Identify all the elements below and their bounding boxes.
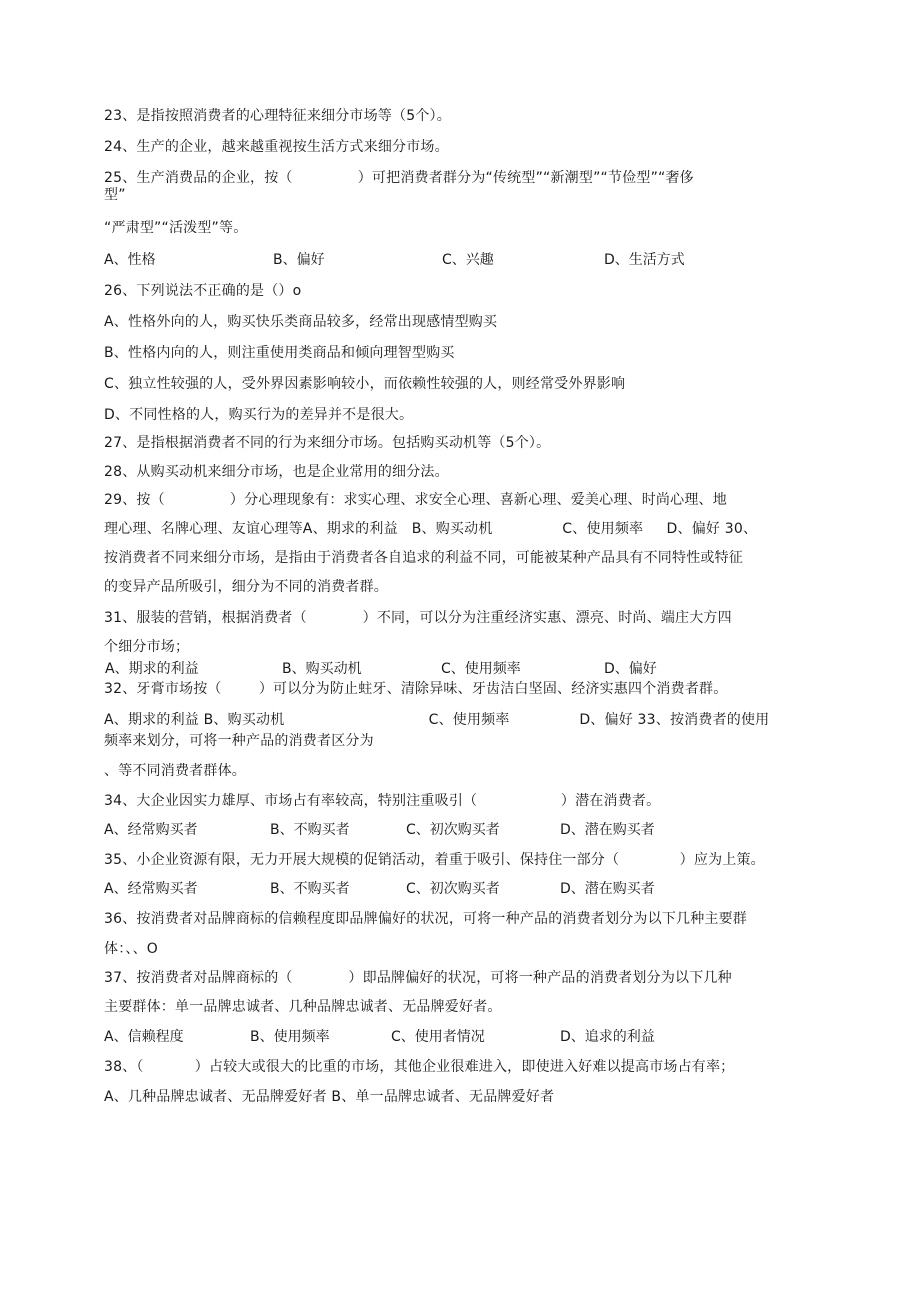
question-38: 38、（ ）占较大或很大的比重的市场，其他企业很难进入，即使进入好难以提高市场占… [104,1058,734,1076]
question-23: 23、是指按照消费者的心理特征来细分市场等（5个）。 [104,107,451,125]
question-29-line-1: 29、按（ ）分心理现象有：求实心理、求安全心理、喜新心理、爱美心理、时尚心理、… [104,491,727,509]
question-26: 26、下列说法不正确的是（）o [104,282,301,300]
q37-option-d: D、追求的利益 [560,1028,655,1046]
q37-option-c: C、使用者情况 [391,1028,485,1046]
question-25-line-3: “严肃型”“活泼型”等。 [104,219,247,237]
question-38-options: A、几种品牌忠诚者、无品牌爱好者 B、单一品牌忠诚者、无品牌爱好者 [104,1088,554,1106]
question-29-line-2: 理心理、名牌心理、友谊心理等A、期求的利益 B、购买动机 C、使用频率 D、偏好… [104,520,757,538]
question-37-line-2: 主要群体：单一品牌忠诚者、几种品牌忠诚者、无品牌爱好者。 [104,998,502,1016]
q31-option-c: C、使用频率 [441,660,521,678]
q25-option-b: B、偏好 [273,251,325,269]
question-32-options: A、期求的利益 B、购买动机 C、使用频率 D、偏好 33、按消费者的使用 [104,711,769,729]
q34-option-a: A、经常购买者 [104,821,198,839]
question-36-line-2: 体：、、O [104,940,158,958]
q31-option-b: B、购买动机 [282,660,362,678]
q37-option-a: A、信赖程度 [104,1028,184,1046]
question-32: 32、牙膏市场按（ ）可以分为防止蛀牙、清除异味、牙齿洁白坚固、经济实惠四个消费… [104,680,727,698]
question-30-line-1: 按消费者不同来细分市场，是指由于消费者各自追求的利益不同，可能被某种产品具有不同… [104,549,743,567]
q26-option-c: C、独立性较强的人，受外界因素影响较小，而依赖性较强的人，则经常受外界影响 [104,375,625,393]
q34-option-c: C、初次购买者 [406,821,500,839]
question-37-line-1: 37、按消费者对品牌商标的（ ）即品牌偏好的状况，可将一种产品的消费者划分为以下… [104,969,732,987]
question-25-line-2: 型” [104,186,126,204]
q37-option-b: B、使用频率 [250,1028,330,1046]
q26-option-d: D、不同性格的人，购买行为的差异并不是很大。 [104,406,413,424]
q25-option-d: D、生活方式 [604,251,685,269]
q26-option-b: B、性格内向的人，则注重使用类商品和倾向理智型购买 [104,344,455,362]
question-25-line-1: 25、生产消费品的企业，按（ ）可把消费者群分为“传统型”“新潮型”“节俭型”“… [104,169,694,187]
q34-option-b: B、不购买者 [270,821,350,839]
document-page: 23、是指按照消费者的心理特征来细分市场等（5个）。 24、生产的企业，越来越重… [0,0,920,1301]
question-31-line-1: 31、服装的营销，根据消费者（ ）不同，可以分为注重经济实惠、漂亮、时尚、端庄大… [104,609,732,627]
q35-option-d: D、潜在购买者 [560,880,655,898]
q25-option-c: C、兴趣 [442,251,494,269]
question-36-line-1: 36、按消费者对品牌商标的信赖程度即品牌偏好的状况，可将一种产品的消费者划分为以… [104,910,747,928]
q25-option-a: A、性格 [104,251,156,269]
question-35: 35、小企业资源有限，无力开展大规模的促销活动，着重于吸引、保持住一部分（ ）应… [104,851,765,869]
question-27: 27、是指根据消费者不同的行为来细分市场。包括购买动机等（5个）。 [104,434,550,452]
q34-option-d: D、潜在购买者 [560,821,655,839]
question-30-line-2: 的变异产品所吸引，细分为不同的消费者群。 [104,578,388,596]
q35-option-c: C、初次购买者 [406,880,500,898]
q35-option-b: B、不购买者 [270,880,350,898]
question-24: 24、生产的企业，越来越重视按生活方式来细分市场。 [104,138,449,156]
q35-option-a: A、经常购买者 [104,880,198,898]
question-33-line-2: 、等不同消费者群体。 [104,762,246,780]
q31-option-d: D、偏好 [604,660,657,678]
q26-option-a: A、性格外向的人，购买快乐类商品较多，经常出现感情型购买 [104,313,497,331]
q31-option-a: A、期求的利益 [105,660,199,678]
question-33-line-1: 频率来划分，可将一种产品的消费者区分为 [104,732,374,750]
question-34: 34、大企业因实力雄厚、市场占有率较高，特别注重吸引（ ）潜在消费者。 [104,792,660,810]
question-28: 28、从购买动机来细分市场，也是企业常用的细分法。 [104,463,449,481]
question-31-line-2: 个细分市场； [104,638,189,656]
